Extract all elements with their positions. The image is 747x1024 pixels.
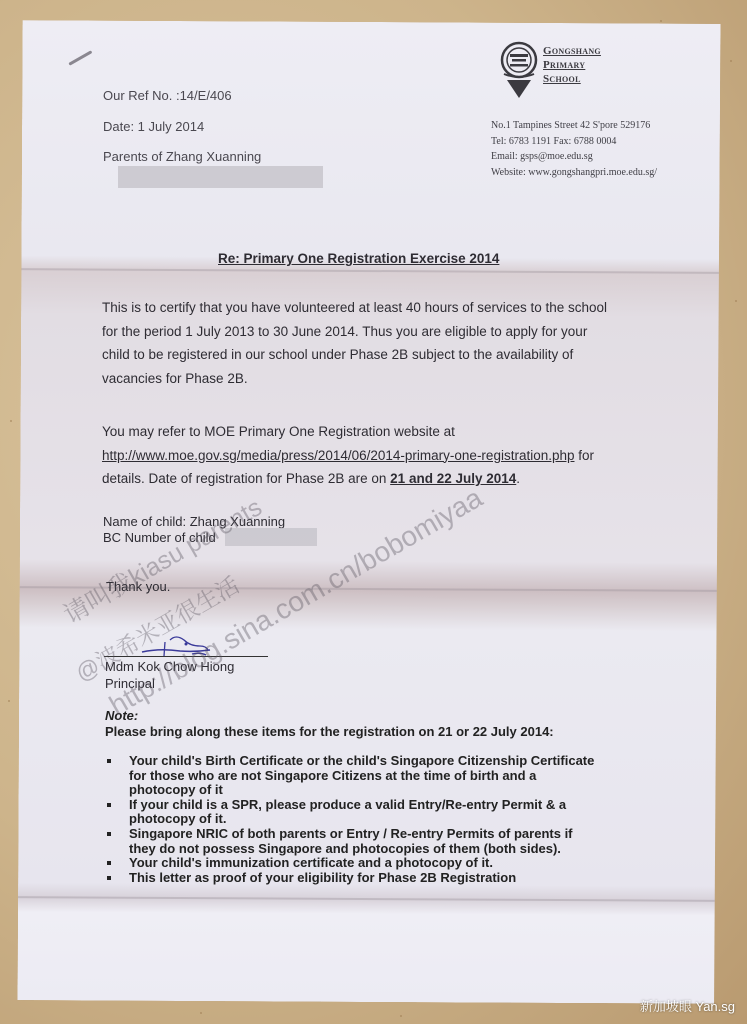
speck	[660, 20, 662, 22]
school-website: Website: www.gongshangpri.moe.edu.sg/	[491, 165, 657, 181]
speck	[200, 1012, 202, 1014]
photo-credit: 新加坡眼 Yan.sg	[640, 996, 735, 1015]
paragraph-line: This is to certify that you have volunte…	[102, 296, 607, 320]
paragraph-line: details. Date of registration for Phase …	[102, 467, 594, 491]
moe-reference-paragraph: You may refer to MOE Primary One Registr…	[102, 420, 594, 491]
speck	[10, 420, 12, 422]
school-name-line: Primary	[543, 58, 601, 72]
school-name-line: Gongshang	[543, 44, 601, 58]
paragraph-line: You may refer to MOE Primary One Registr…	[102, 420, 594, 444]
dates-suffix: .	[516, 471, 520, 486]
staple-mark	[68, 50, 92, 65]
paragraph-line: child to be registered in our school und…	[102, 343, 607, 367]
speck	[8, 700, 10, 702]
required-item: Singapore NRIC of both parents or Entry …	[105, 827, 645, 856]
dates-prefix: details. Date of registration for Phase …	[102, 471, 390, 486]
moe-registration-link[interactable]: http://www.moe.gov.sg/media/press/2014/0…	[102, 448, 575, 463]
letter-date: Date: 1 July 2014	[103, 120, 204, 133]
school-contact-block: No.1 Tampines Street 42 S'pore 529176 Te…	[491, 118, 657, 180]
required-items-list: Your child's Birth Certificate or the ch…	[105, 754, 645, 885]
paragraph-line: http://www.moe.gov.sg/media/press/2014/0…	[102, 444, 594, 468]
school-phone-fax: Tel: 6783 1191 Fax: 6788 0004	[491, 134, 657, 150]
redacted-address	[118, 166, 323, 188]
note-block: Note: Please bring along these items for…	[105, 708, 554, 740]
required-item: Your child's Birth Certificate or the ch…	[105, 754, 645, 798]
paragraph-line: vacancies for Phase 2B.	[102, 367, 607, 391]
school-name: Gongshang Primary School	[543, 44, 601, 86]
school-address: No.1 Tampines Street 42 S'pore 529176	[491, 118, 657, 134]
school-email: Email: gsps@moe.edu.sg	[491, 149, 657, 165]
speck	[735, 300, 737, 302]
letter-subject: Re: Primary One Registration Exercise 20…	[218, 252, 499, 266]
speck	[400, 1015, 402, 1017]
school-crest-icon	[498, 40, 540, 102]
speck	[730, 60, 732, 62]
note-intro: Please bring along these items for the r…	[105, 724, 554, 740]
required-item: This letter as proof of your eligibility…	[105, 871, 645, 886]
required-item: If your child is a SPR, please produce a…	[105, 798, 645, 827]
reference-number: Our Ref No. :14/E/406	[103, 89, 232, 102]
registration-dates: 21 and 22 July 2014	[390, 471, 516, 486]
paper-fold	[18, 896, 716, 902]
required-item: Your child's immunization certificate an…	[105, 856, 645, 871]
paper-fold	[21, 268, 719, 274]
link-suffix: for	[575, 448, 595, 463]
paragraph-line: for the period 1 July 2013 to 30 June 20…	[102, 320, 607, 344]
addressee: Parents of Zhang Xuanning	[103, 150, 261, 163]
school-name-line: School	[543, 72, 601, 86]
note-label: Note:	[105, 708, 554, 724]
certification-paragraph: This is to certify that you have volunte…	[102, 296, 607, 390]
